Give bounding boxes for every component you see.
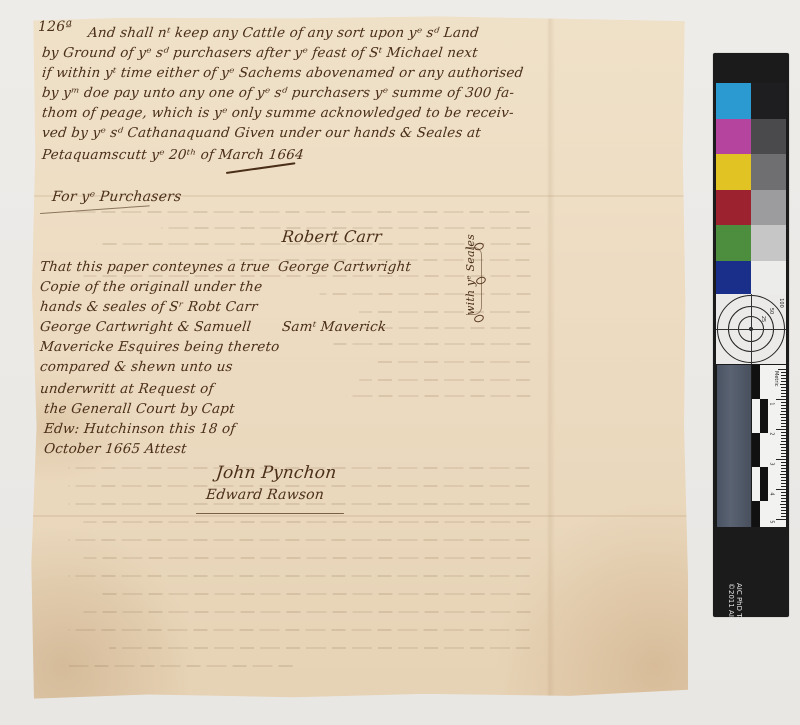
signature-john-pynchon: John Pynchon <box>215 463 338 483</box>
target-label-line: ©2011 AIC <box>727 583 735 635</box>
attestation-line: the Generall Court by Capt <box>43 401 235 417</box>
text-line: by Ground of yᵉ sᵈ purchasers after yᵉ f… <box>41 45 478 61</box>
target-label: AIC PhD Target ©2011 AIC <box>727 583 743 635</box>
swatch-yellow <box>716 154 751 190</box>
for-purchasers-heading: For yᵉ Purchasers <box>51 189 182 205</box>
metric-label: Metric <box>773 371 779 387</box>
ruler-number: 1 <box>769 402 775 405</box>
text-line: thom of peage, which is yᵉ only summe ac… <box>41 105 514 121</box>
signature-george-cartwright: George Cartwright <box>277 259 412 275</box>
swatch-white <box>751 261 786 297</box>
swatch-dark-gray <box>751 119 786 155</box>
attestation-line: hands & seales of Sʳ Robt Carr <box>39 299 258 315</box>
signature-samuel-maverick: Samᵗ Maverick <box>281 319 387 335</box>
text-line: ved by yᵉ sᵈ Cathanaquand Given under ou… <box>41 125 482 141</box>
text-line: by yᵐ doe pay unto any one of yᵉ sᵈ purc… <box>41 85 515 101</box>
metric-ruler: 1 2 3 4 5 <box>768 365 786 527</box>
signature-flourish <box>196 513 344 514</box>
swatch-pale-gray <box>751 225 786 261</box>
swatch-blue <box>716 261 751 297</box>
color-swatch-grid <box>716 83 786 296</box>
signature-edward-rawson: Edward Rawson <box>205 487 325 503</box>
text-line: Petaquamscutt yᵉ 20ᵗʰ of March 1664 <box>41 147 305 163</box>
swatch-magenta <box>716 119 751 155</box>
color-calibration-target: 100 50 25 <box>713 53 789 617</box>
fold-line <box>30 515 688 517</box>
swatch-cyan <box>716 83 751 119</box>
ring-label: 25 <box>760 316 766 322</box>
ruler-number: 5 <box>769 520 775 523</box>
target-label-line: AIC PhD Target <box>735 583 743 635</box>
attestation-line: Edw: Hutchinson this 18 of <box>43 421 236 437</box>
ring-label: 100 <box>778 298 784 308</box>
ring-label: 50 <box>768 308 774 314</box>
attestation-line: underwritt at Request of <box>39 381 214 397</box>
attestation-line: compared & shewn unto us <box>39 359 233 375</box>
swatch-light-gray <box>751 190 786 226</box>
ruler-number: 2 <box>769 432 775 435</box>
seal-mark <box>473 314 485 324</box>
ruler-number: 4 <box>769 492 775 495</box>
checker-scale <box>752 365 768 527</box>
attestation-line: That this paper conteynes a true <box>39 259 271 275</box>
swatch-green <box>716 225 751 261</box>
signature-robert-carr: Robert Carr <box>281 227 383 246</box>
swatch-red <box>716 190 751 226</box>
manuscript-page: 126ª And shall nᵗ keep any Cattle of any… <box>30 15 688 700</box>
folio-number: 126ª <box>38 19 72 35</box>
text-line: And shall nᵗ keep any Cattle of any sort… <box>87 25 480 41</box>
swatch-black <box>751 83 786 119</box>
attestation-line: George Cartwright & Samuell <box>39 319 252 335</box>
date-underline <box>226 162 296 174</box>
gray-reference-bar <box>717 365 751 527</box>
attestation-line: October 1665 Attest <box>43 441 187 457</box>
attestation-line: Mavericke Esquires being thereto <box>39 339 280 355</box>
ruler-number: 3 <box>769 462 775 465</box>
bullseye-target: 100 50 25 <box>716 294 786 364</box>
swatch-mid-gray <box>751 154 786 190</box>
attestation-line: Copie of the originall under the <box>39 279 263 295</box>
text-line: if within yᵗ time either of yᵉ Sachems a… <box>41 65 524 81</box>
